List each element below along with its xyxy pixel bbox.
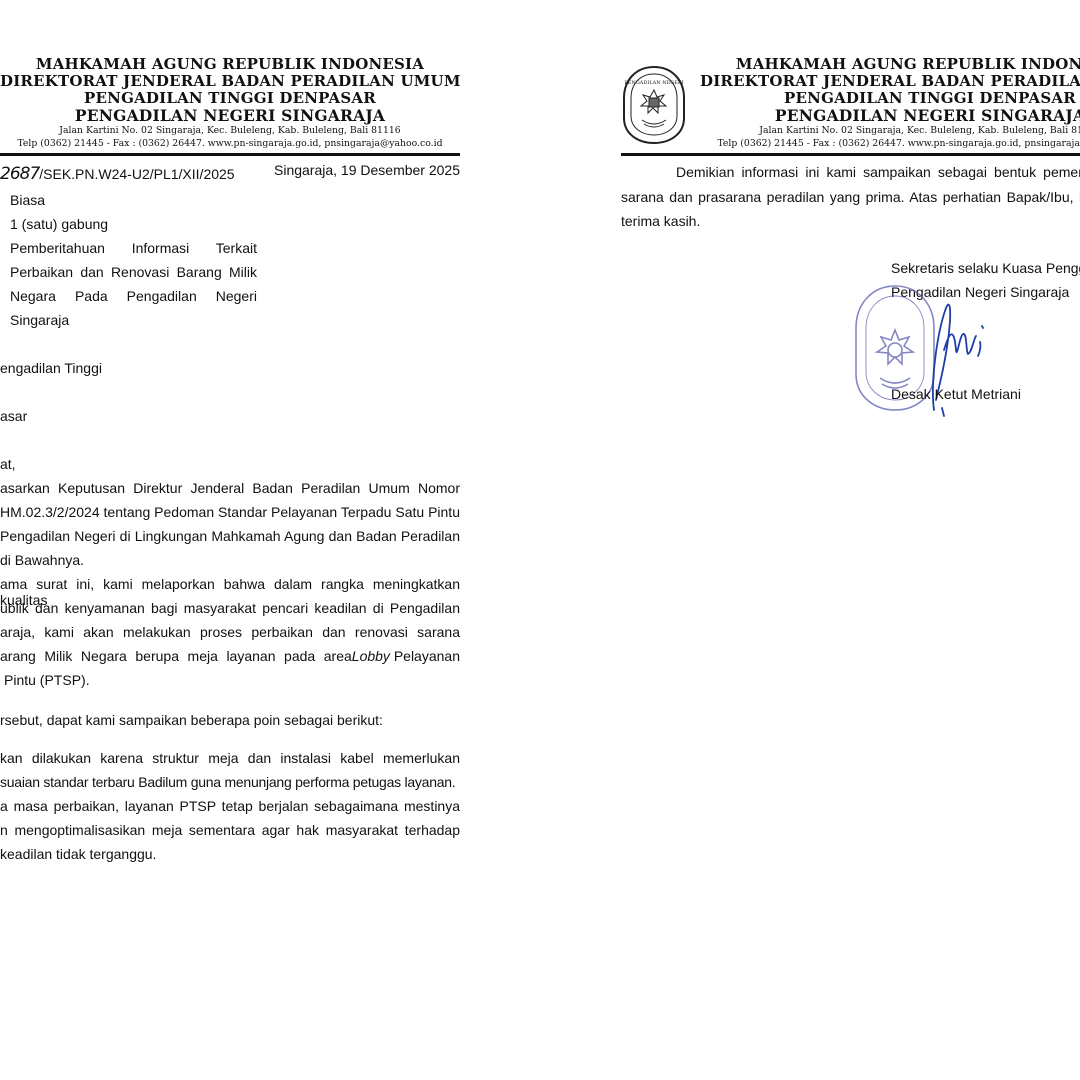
letterhead-line-1: MAHKAMAH AGUNG REPUBLIK INDONESIA: [700, 56, 1080, 73]
para2-lobby-italic: Lobby: [352, 648, 390, 664]
para1-line-4: di Bawahnya.: [0, 552, 84, 568]
recipient-line-1: engadilan Tinggi: [0, 360, 102, 376]
letterhead-line-2: DIREKTORAT JENDERAL BADAN PERADILAN UMUM: [700, 73, 1080, 90]
letterhead-divider: [621, 153, 1080, 156]
letterhead-line-3: PENGADILAN TINGGI DENPASAR: [0, 90, 460, 107]
closing-line-2: sarana dan prasarana peradilan yang prim…: [621, 189, 1080, 205]
letter-page-2: PENGADILAN NEGERI MAHKAMAH AGUNG REPUBLI…: [600, 0, 1080, 1080]
para2-line-4: arang Milik Negara berupa meja layanan p…: [0, 648, 460, 664]
point-line-3: a masa perbaikan, layanan PTSP tetap ber…: [0, 798, 460, 814]
signatory-name: Desak Ketut Metriani: [891, 386, 1021, 402]
point-line-4: n mengoptimalisasikan meja sementara aga…: [0, 822, 460, 838]
para3: rsebut, dapat kami sampaikan beberapa po…: [0, 712, 383, 728]
letter-attachment: 1 (satu) gabung: [10, 216, 108, 232]
para1-line-2: HM.02.3/2/2024 tentang Pedoman Standar P…: [0, 504, 460, 520]
letter-number-code: /SEK.PN.W24-U2/PL1/XII/2025: [39, 166, 234, 182]
svg-text:PENGADILAN NEGERI: PENGADILAN NEGERI: [624, 80, 683, 86]
letter-number: 2687/SEK.PN.W24-U2/PL1/XII/2025: [0, 164, 235, 184]
letterhead-line-1: MAHKAMAH AGUNG REPUBLIK INDONESIA: [0, 56, 460, 73]
letterhead-contact: Telp (0362) 21445 - Fax : (0362) 26447. …: [700, 137, 1080, 150]
para1-line-3: Pengadilan Negeri di Lingkungan Mahkamah…: [0, 528, 460, 544]
letter-nature: Biasa: [10, 192, 45, 208]
para1-line-1: asarkan Keputusan Direktur Jenderal Bada…: [0, 480, 460, 496]
para2-line-5: Pintu (PTSP).: [4, 672, 90, 688]
letterhead-line-4: PENGADILAN NEGERI SINGARAJA: [0, 107, 460, 124]
para2-line-4-end: Pelayanan: [390, 648, 460, 664]
para2-line-2: ublik dan kenyamanan bagi masyarakat pen…: [0, 600, 460, 616]
letter-number-handwritten: 2687: [0, 164, 39, 184]
letterhead-line-3: PENGADILAN TINGGI DENPASAR: [700, 90, 1080, 107]
subject-line-3: Negara Pada Pengadilan Negeri: [10, 288, 257, 304]
letterhead-address: Jalan Kartini No. 02 Singaraja, Kec. Bul…: [0, 124, 460, 137]
closing-line-1: Demikian informasi ini kami sampaikan se…: [676, 164, 1080, 180]
recipient-line-2: asar: [0, 408, 27, 424]
letterhead-divider: [0, 153, 460, 156]
signatory-title-1: Sekretaris selaku Kuasa Pengg: [891, 260, 1080, 276]
letterhead-contact: Telp (0362) 21445 - Fax : (0362) 26447. …: [0, 137, 460, 150]
letterhead-address: Jalan Kartini No. 02 Singaraja, Kec. Bul…: [700, 124, 1080, 137]
letterhead: MAHKAMAH AGUNG REPUBLIK INDONESIA DIREKT…: [0, 56, 460, 150]
letterhead-line-4: PENGADILAN NEGERI SINGARAJA: [700, 107, 1080, 124]
para2-line-3: araja, kami akan melakukan proses perbai…: [0, 624, 460, 640]
letterhead-line-2: DIREKTORAT JENDERAL BADAN PERADILAN UMUM: [0, 73, 460, 90]
place-date: Singaraja, 19 Desember 2025: [274, 162, 460, 178]
letterhead-page-2: MAHKAMAH AGUNG REPUBLIK INDONESIA DIREKT…: [700, 56, 1080, 150]
point-line-1: kan dilakukan karena struktur meja dan i…: [0, 750, 460, 766]
subject-line-2: Perbaikan dan Renovasi Barang Milik: [10, 264, 257, 280]
closing-line-3: terima kasih.: [621, 213, 700, 229]
salutation: at,: [0, 456, 16, 472]
subject-line-4: Singaraja: [10, 312, 69, 328]
letter-page-1: MAHKAMAH AGUNG REPUBLIK INDONESIA DIREKT…: [0, 0, 600, 1080]
court-emblem-icon: PENGADILAN NEGERI: [620, 64, 688, 146]
para2-line-4-text: arang Milik Negara berupa meja layanan p…: [0, 648, 352, 664]
subject-line-1: Pemberitahuan Informasi Terkait: [10, 240, 257, 256]
point-line-5: keadilan tidak terganggu.: [0, 846, 156, 862]
point-line-2: suaian standar terbaru Badilum guna menu…: [0, 774, 460, 790]
